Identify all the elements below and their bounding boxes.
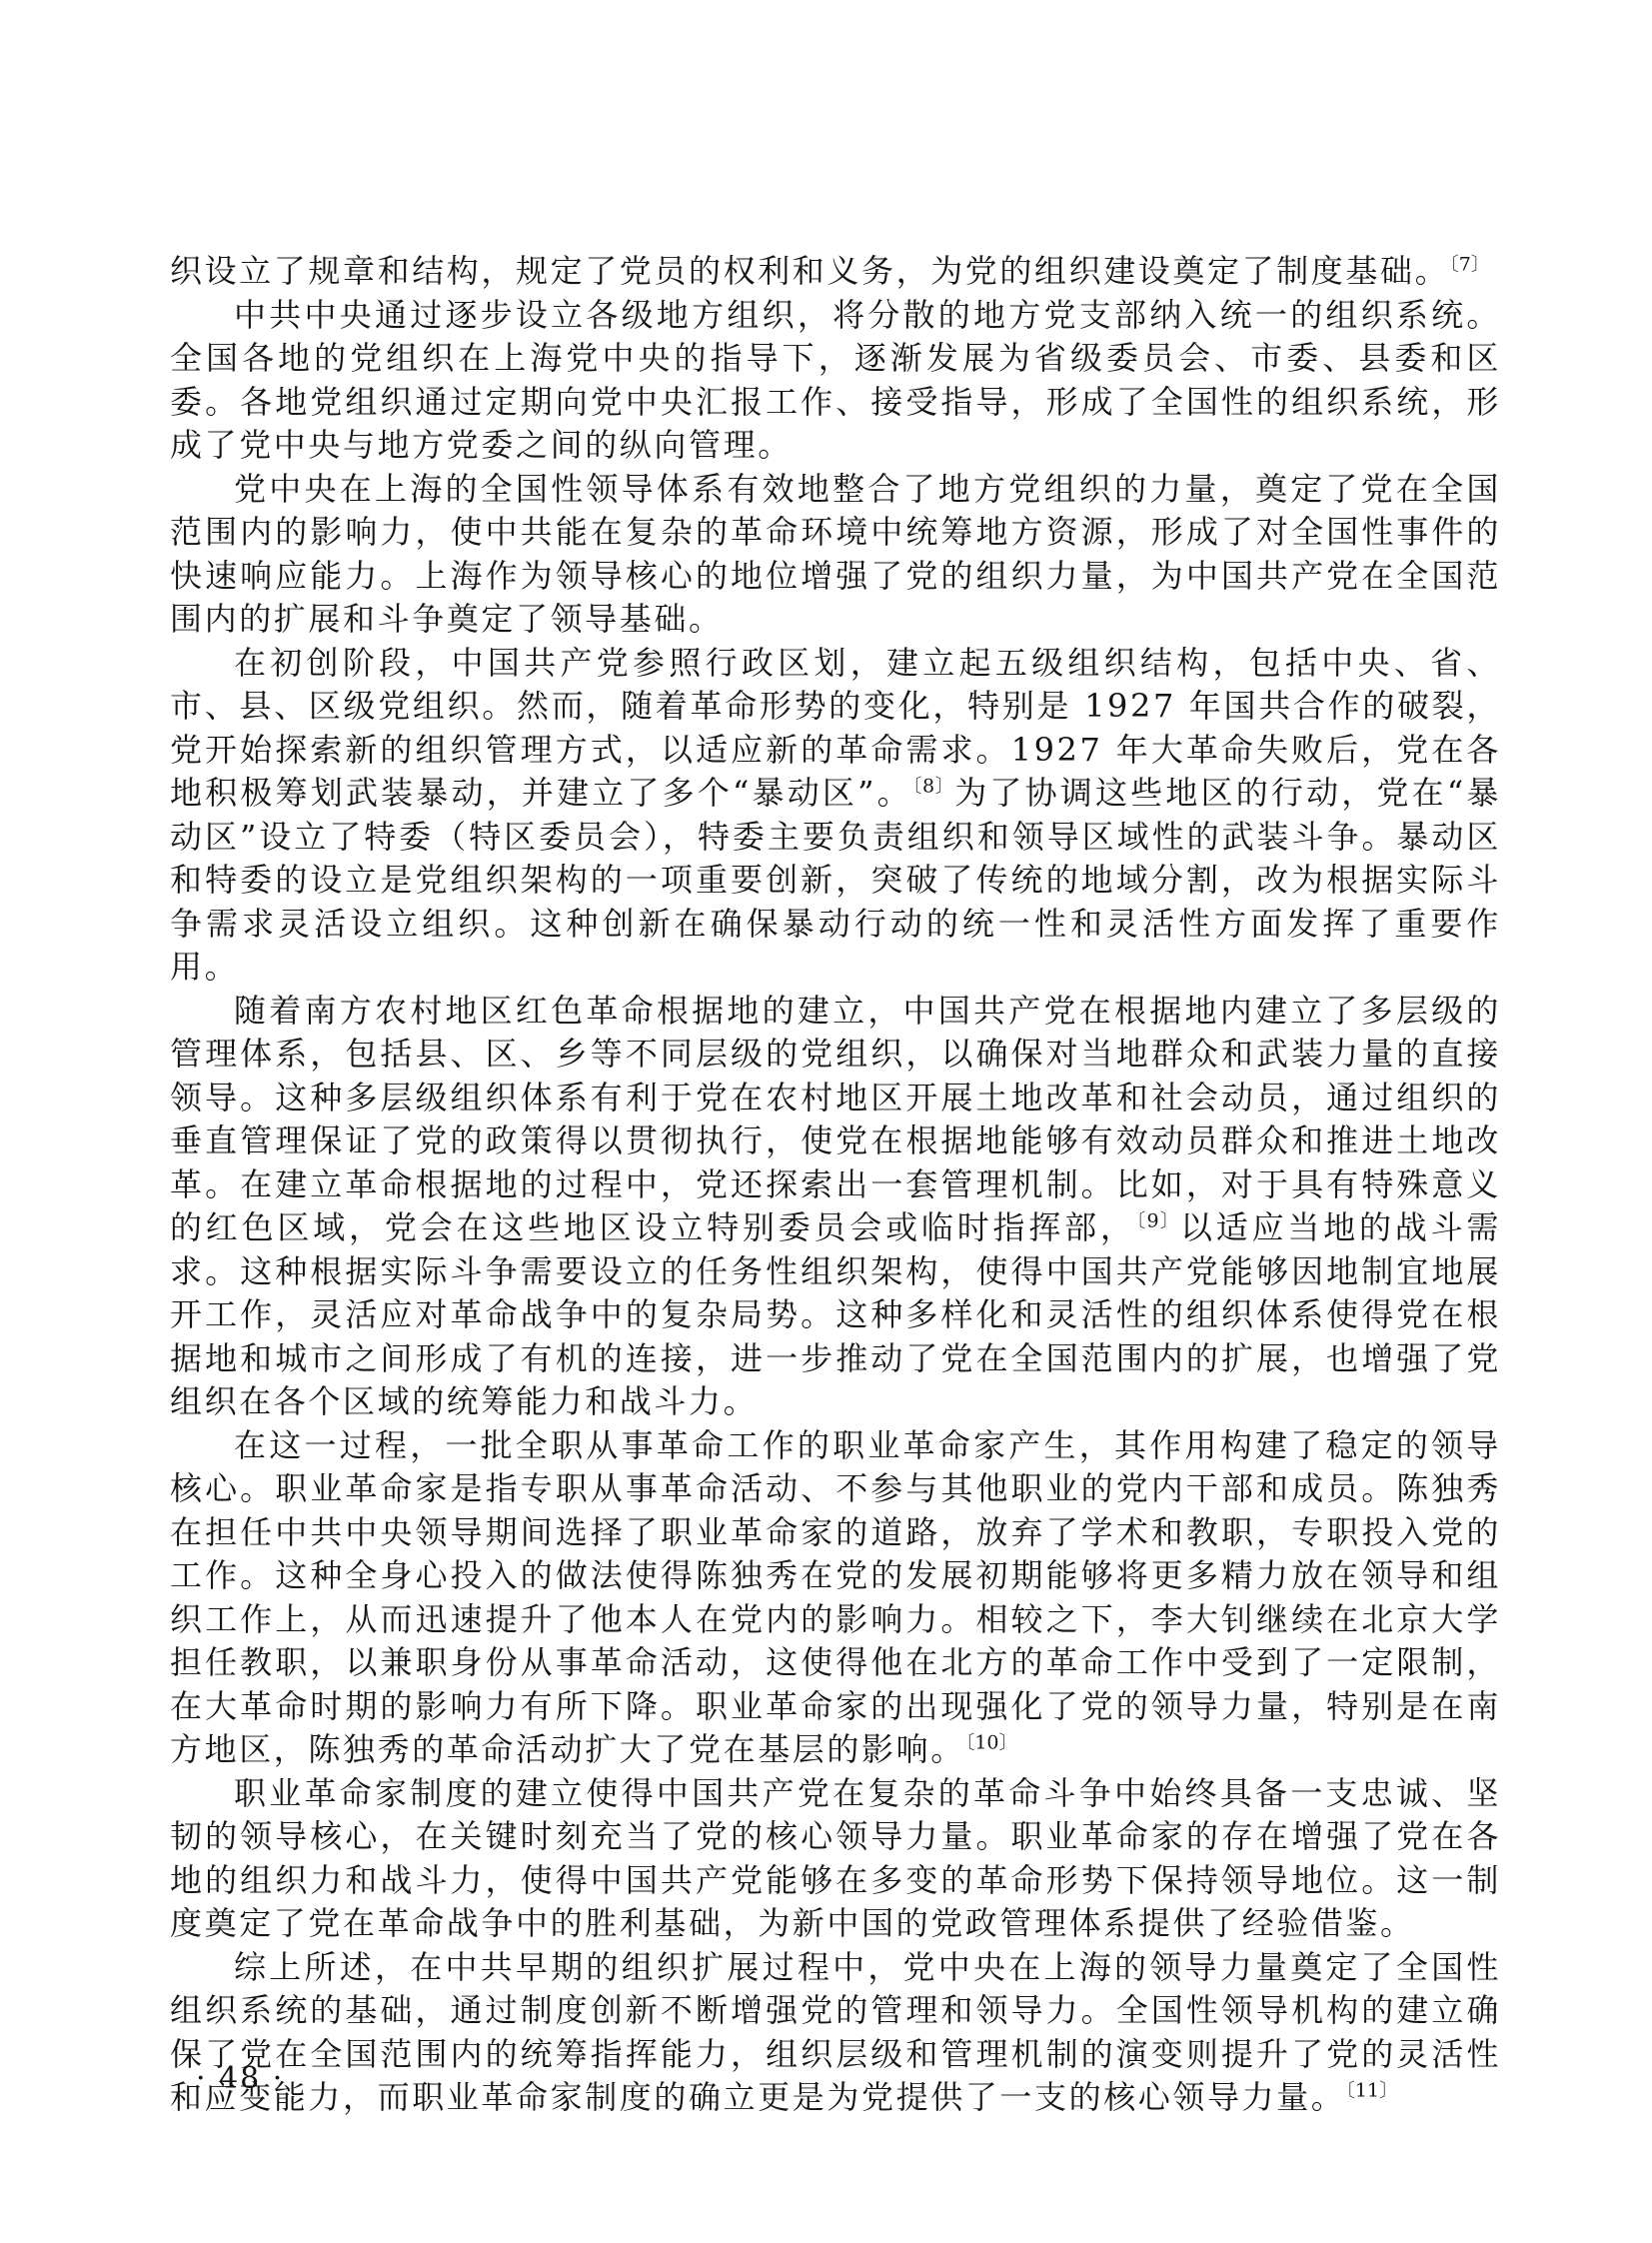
footnote-ref: 〔7〕 <box>1449 253 1490 275</box>
paragraph: 职业革命家制度的建立使得中国共产党在复杂的革命斗争中始终具备一支忠诚、坚韧的领导… <box>170 1772 1501 1946</box>
paragraph: 综上所述，在中共早期的组织扩展过程中，党中央在上海的领导力量奠定了全国性组织系统… <box>170 1946 1501 2120</box>
paragraph: 中共中央通过逐步设立各级地方组织，将分散的地方党支部纳入统一的组织系统。全国各地… <box>170 294 1501 468</box>
paragraph: 随着南方农村地区红色革命根据地的建立，中国共产党在根据地内建立了多层级的管理体系… <box>170 990 1501 1424</box>
footnote-ref: 〔10〕 <box>965 1731 1018 1753</box>
text-run: 综上所述，在中共早期的组织扩展过程中，党中央在上海的领导力量奠定了全国性组织系统… <box>170 1948 1501 2117</box>
text-run: 在这一过程，一批全职从事革命工作的职业革命家产生，其作用构建了稳定的领导核心。职… <box>170 1426 1501 1769</box>
text-block: 织设立了规章和结构，规定了党员的权利和义务，为党的组织建设奠定了制度基础。〔7〕… <box>170 250 1501 2120</box>
footnote-ref: 〔9〕 <box>1136 1209 1180 1231</box>
paragraph: 党中央在上海的全国性领导体系有效地整合了地方党组织的力量，奠定了党在全国范围内的… <box>170 468 1501 642</box>
footnote-ref: 〔8〕 <box>912 775 954 797</box>
paragraph: 织设立了规章和结构，规定了党员的权利和义务，为党的组织建设奠定了制度基础。〔7〕 <box>170 250 1501 294</box>
text-run: 中共中央通过逐步设立各级地方组织，将分散的地方党支部纳入统一的组织系统。全国各地… <box>170 296 1501 465</box>
document-page: 织设立了规章和结构，规定了党员的权利和义务，为党的组织建设奠定了制度基础。〔7〕… <box>0 0 1652 2243</box>
footnote-ref: 〔11〕 <box>1345 2079 1398 2101</box>
paragraph: 在这一过程，一批全职从事革命工作的职业革命家产生，其作用构建了稳定的领导核心。职… <box>170 1424 1501 1772</box>
text-run: 党中央在上海的全国性领导体系有效地整合了地方党组织的力量，奠定了党在全国范围内的… <box>170 470 1501 639</box>
text-run: 织设立了规章和结构，规定了党员的权利和义务，为党的组织建设奠定了制度基础。 <box>170 252 1449 290</box>
paragraph: 在初创阶段，中国共产党参照行政区划，建立起五级组织结构，包括中央、省、市、县、区… <box>170 642 1501 990</box>
text-run: 职业革命家制度的建立使得中国共产党在复杂的革命斗争中始终具备一支忠诚、坚韧的领导… <box>170 1774 1501 1943</box>
page-number: · 48 · <box>196 2061 284 2096</box>
